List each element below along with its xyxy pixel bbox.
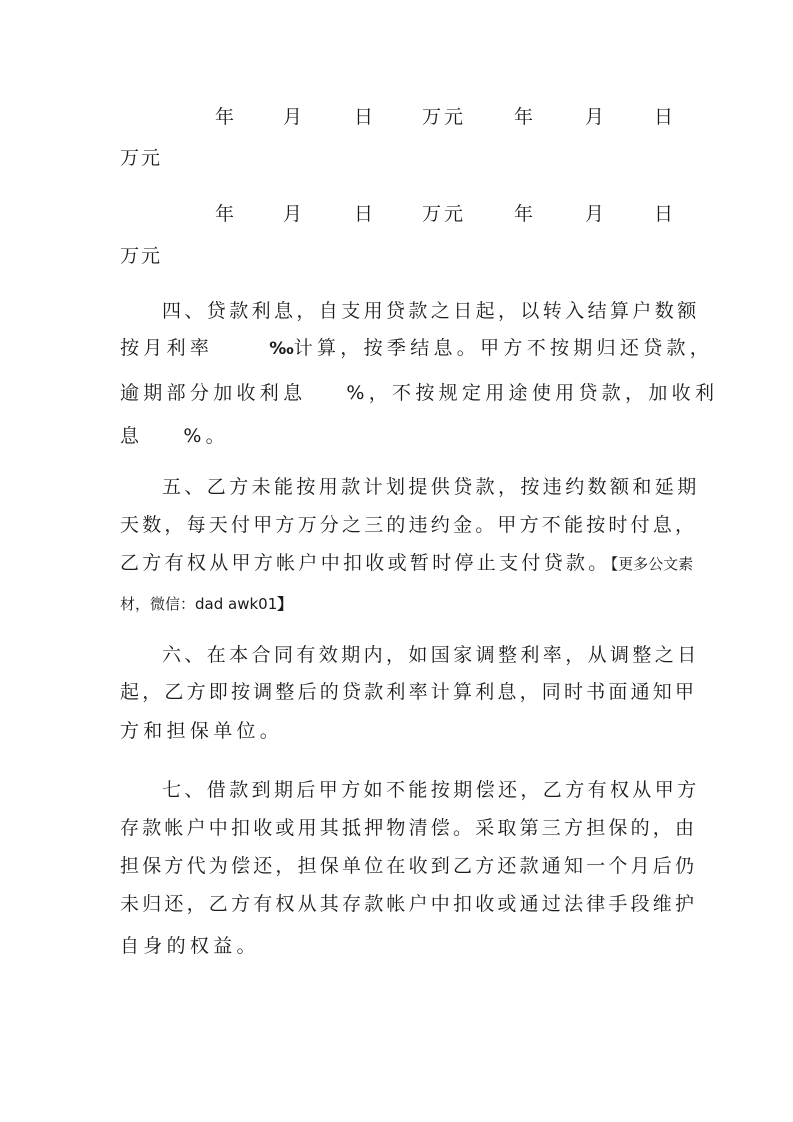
day-label: 日 xyxy=(354,105,373,129)
amount-unit-label: 万元 xyxy=(120,146,162,170)
clause-line: 天数，每天付甲方万分之三的违约金。甲方不能按时付息， xyxy=(120,513,675,537)
schedule-row: 年 月 日 万元 年 月 日 xyxy=(0,105,793,129)
month-label: 月 xyxy=(283,202,302,226)
clause-line: 起，乙方即按调整后的贷款利率计算利息，同时书面通知甲 xyxy=(120,680,675,704)
promo-note: 【更多公文素 xyxy=(611,555,694,573)
amount-unit-label: 万元 xyxy=(422,202,466,226)
clause-line: 担保方代为偿还，担保单位在收到乙方还款通知一个月后仍 xyxy=(120,854,675,878)
schedule-row: 年 月 日 万元 年 月 日 xyxy=(0,202,793,226)
permille-sign: ‰ xyxy=(269,339,293,359)
day-label: 日 xyxy=(654,105,673,129)
text-span: 逾期部分加收利息 xyxy=(120,382,306,404)
clause-line: 七、借款到期后甲方如不能按期偿还，乙方有权从甲方 xyxy=(162,778,675,802)
clause-line: 乙方有权从甲方帐户中扣收或暂时停止支付贷款。【更多公文素 xyxy=(120,551,675,576)
day-label: 日 xyxy=(354,202,373,226)
text-span: 按月利率 xyxy=(120,337,213,359)
clause-line: 四、贷款利息，自支用贷款之日起，以转入结算户数额 xyxy=(162,299,675,323)
text-span: %。 xyxy=(183,425,229,447)
clause-line: 未归还，乙方有权从其存款帐户中扣收或通过法律手段维护 xyxy=(120,892,675,916)
text-span: 乙方有权从甲方帐户中扣收或暂时停止支付贷款。 xyxy=(120,552,611,574)
clause-line: 息%。 xyxy=(120,424,675,448)
day-label: 日 xyxy=(654,202,673,226)
clause-line: 方和担保单位。 xyxy=(120,719,675,743)
year-label: 年 xyxy=(514,202,533,226)
text-span: %，不按规定用途使用贷款，加收利 xyxy=(346,382,718,404)
clause-line: 逾期部分加收利息%，不按规定用途使用贷款，加收利 xyxy=(120,381,675,405)
text-span: 息 xyxy=(120,425,143,447)
month-label: 月 xyxy=(283,105,302,129)
amount-unit-label: 万元 xyxy=(422,105,466,129)
year-label: 年 xyxy=(514,105,533,129)
amount-unit-label: 万元 xyxy=(120,244,162,268)
promo-note: 材，微信：dad awk01 xyxy=(120,595,277,613)
year-label: 年 xyxy=(215,105,234,129)
document-page: 年 月 日 万元 年 月 日 万元 年 月 日 万元 年 月 日 万元 四、贷款… xyxy=(0,0,793,1122)
year-label: 年 xyxy=(215,202,234,226)
clause-line: 自身的权益。 xyxy=(120,934,675,958)
bracket: 】 xyxy=(277,595,292,613)
clause-line: 六、在本合同有效期内，如国家调整利率，从调整之日 xyxy=(162,643,675,667)
month-label: 月 xyxy=(585,105,604,129)
clause-line: 存款帐户中扣收或用其抵押物清偿。采取第三方担保的，由 xyxy=(120,816,675,840)
clause-line: 材，微信：dad awk01】 xyxy=(120,592,675,616)
clause-line: 五、乙方未能按用款计划提供贷款，按违约数额和延期 xyxy=(162,475,675,499)
clause-line: 按月利率‰计算，按季结息。甲方不按期归还贷款， xyxy=(120,336,675,361)
month-label: 月 xyxy=(585,202,604,226)
text-span: 计算，按季结息。甲方不按期归还贷款， xyxy=(294,337,713,359)
